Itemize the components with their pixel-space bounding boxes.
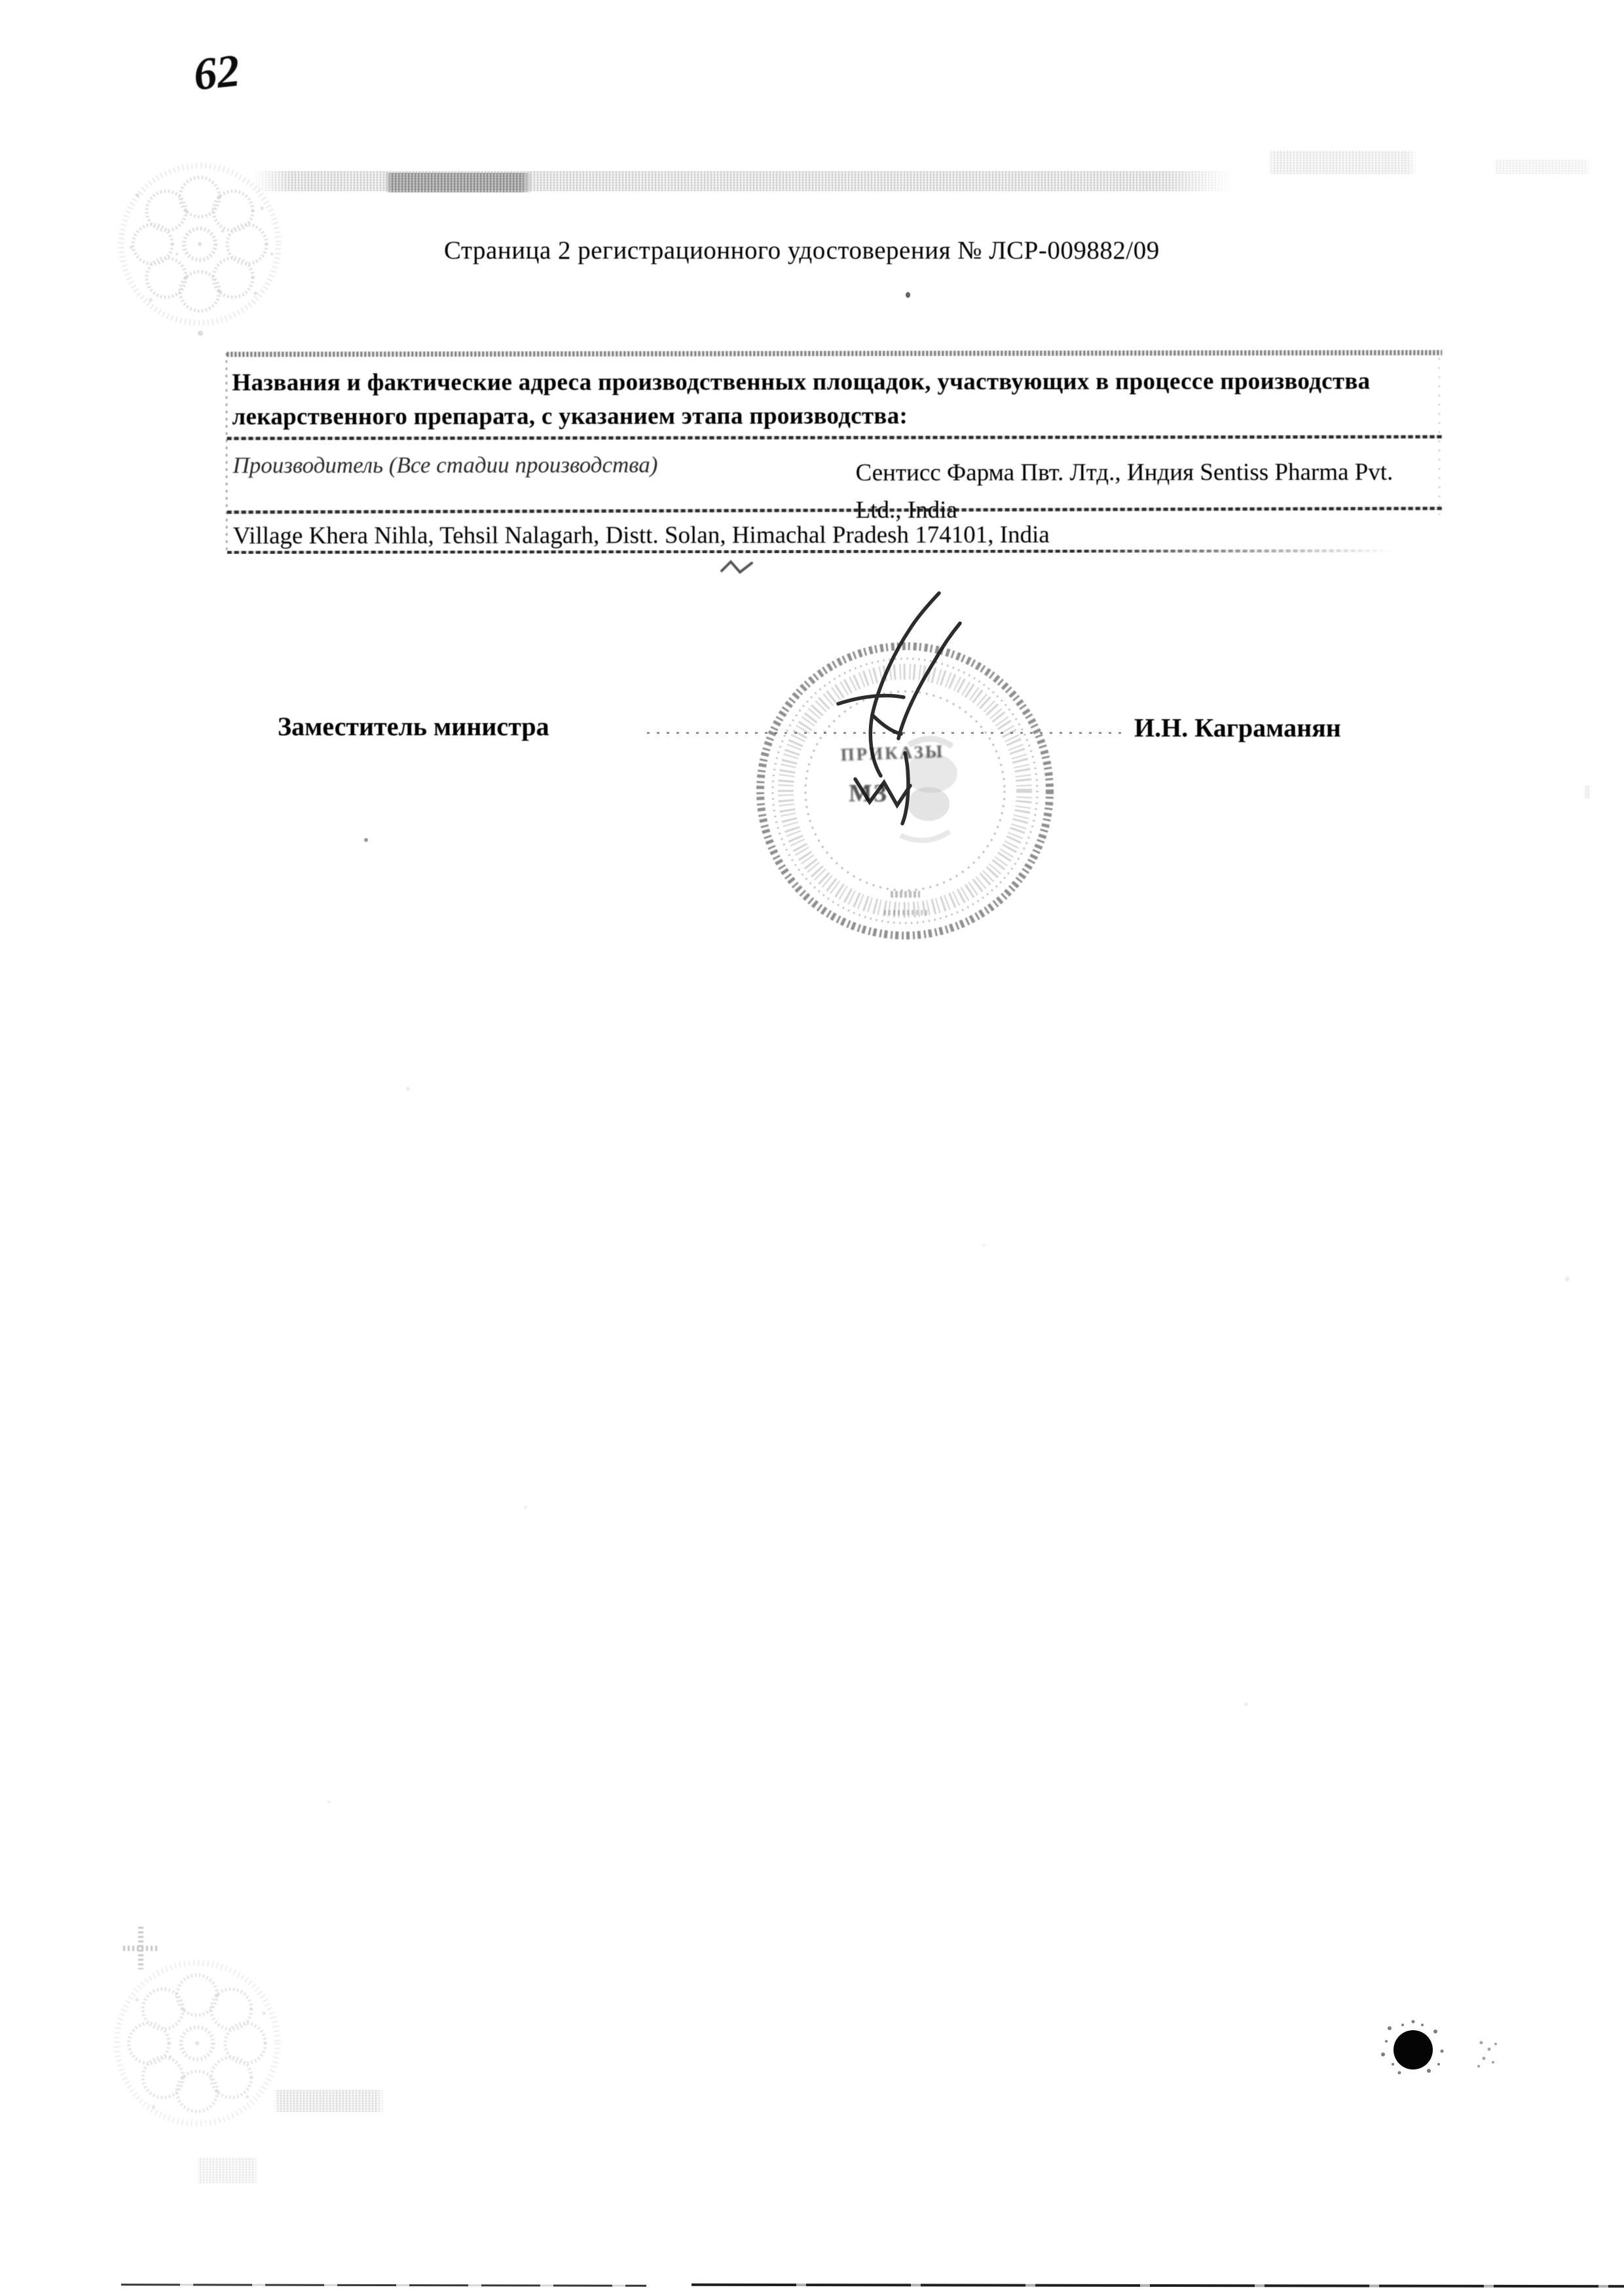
rosette-watermark-bottom-icon: [107, 1953, 287, 2134]
scan-speck: [1585, 786, 1590, 799]
pen-check-mark: [719, 558, 756, 576]
signature-scrawl: [830, 585, 981, 837]
scan-noise-streak: [196, 2157, 259, 2183]
producers-table: Названия и фактические адреса производст…: [0, 0, 1624, 2296]
scan-speck: [1565, 1277, 1570, 1281]
scan-speck: [524, 1506, 527, 1509]
ink-speck-cross: [118, 1923, 164, 1976]
scan-speck: [1244, 1702, 1248, 1706]
table-header-cell: Названия и фактические адреса производст…: [232, 365, 1384, 434]
table-border-top: [227, 350, 1442, 357]
scan-noise-streak: [274, 2090, 385, 2112]
scan-speck: [406, 1087, 410, 1091]
table-divider: [227, 435, 1442, 441]
address-cell: Village Khera Nihla, Tehsil Nalagarh, Di…: [233, 520, 1050, 550]
scan-speck: [982, 1244, 986, 1247]
scan-speck: [327, 1800, 331, 1804]
scan-speck: [364, 838, 368, 842]
table-border-left: [225, 353, 227, 553]
document-page: 62 Страница 2 регистрационного удостовер…: [0, 0, 1624, 2296]
producer-label-cell: Производитель (Все стадии производства): [233, 452, 658, 479]
scan-speck: [198, 331, 203, 336]
signatory-title: Заместитель министра: [278, 711, 549, 742]
hole-punch-dot: [1363, 2002, 1507, 2100]
producer-value-cell: Сентисс Фарма Пвт. Лтд., Индия Sentiss P…: [856, 454, 1406, 529]
signatory-name: И.Н. Каграманян: [1134, 712, 1341, 743]
